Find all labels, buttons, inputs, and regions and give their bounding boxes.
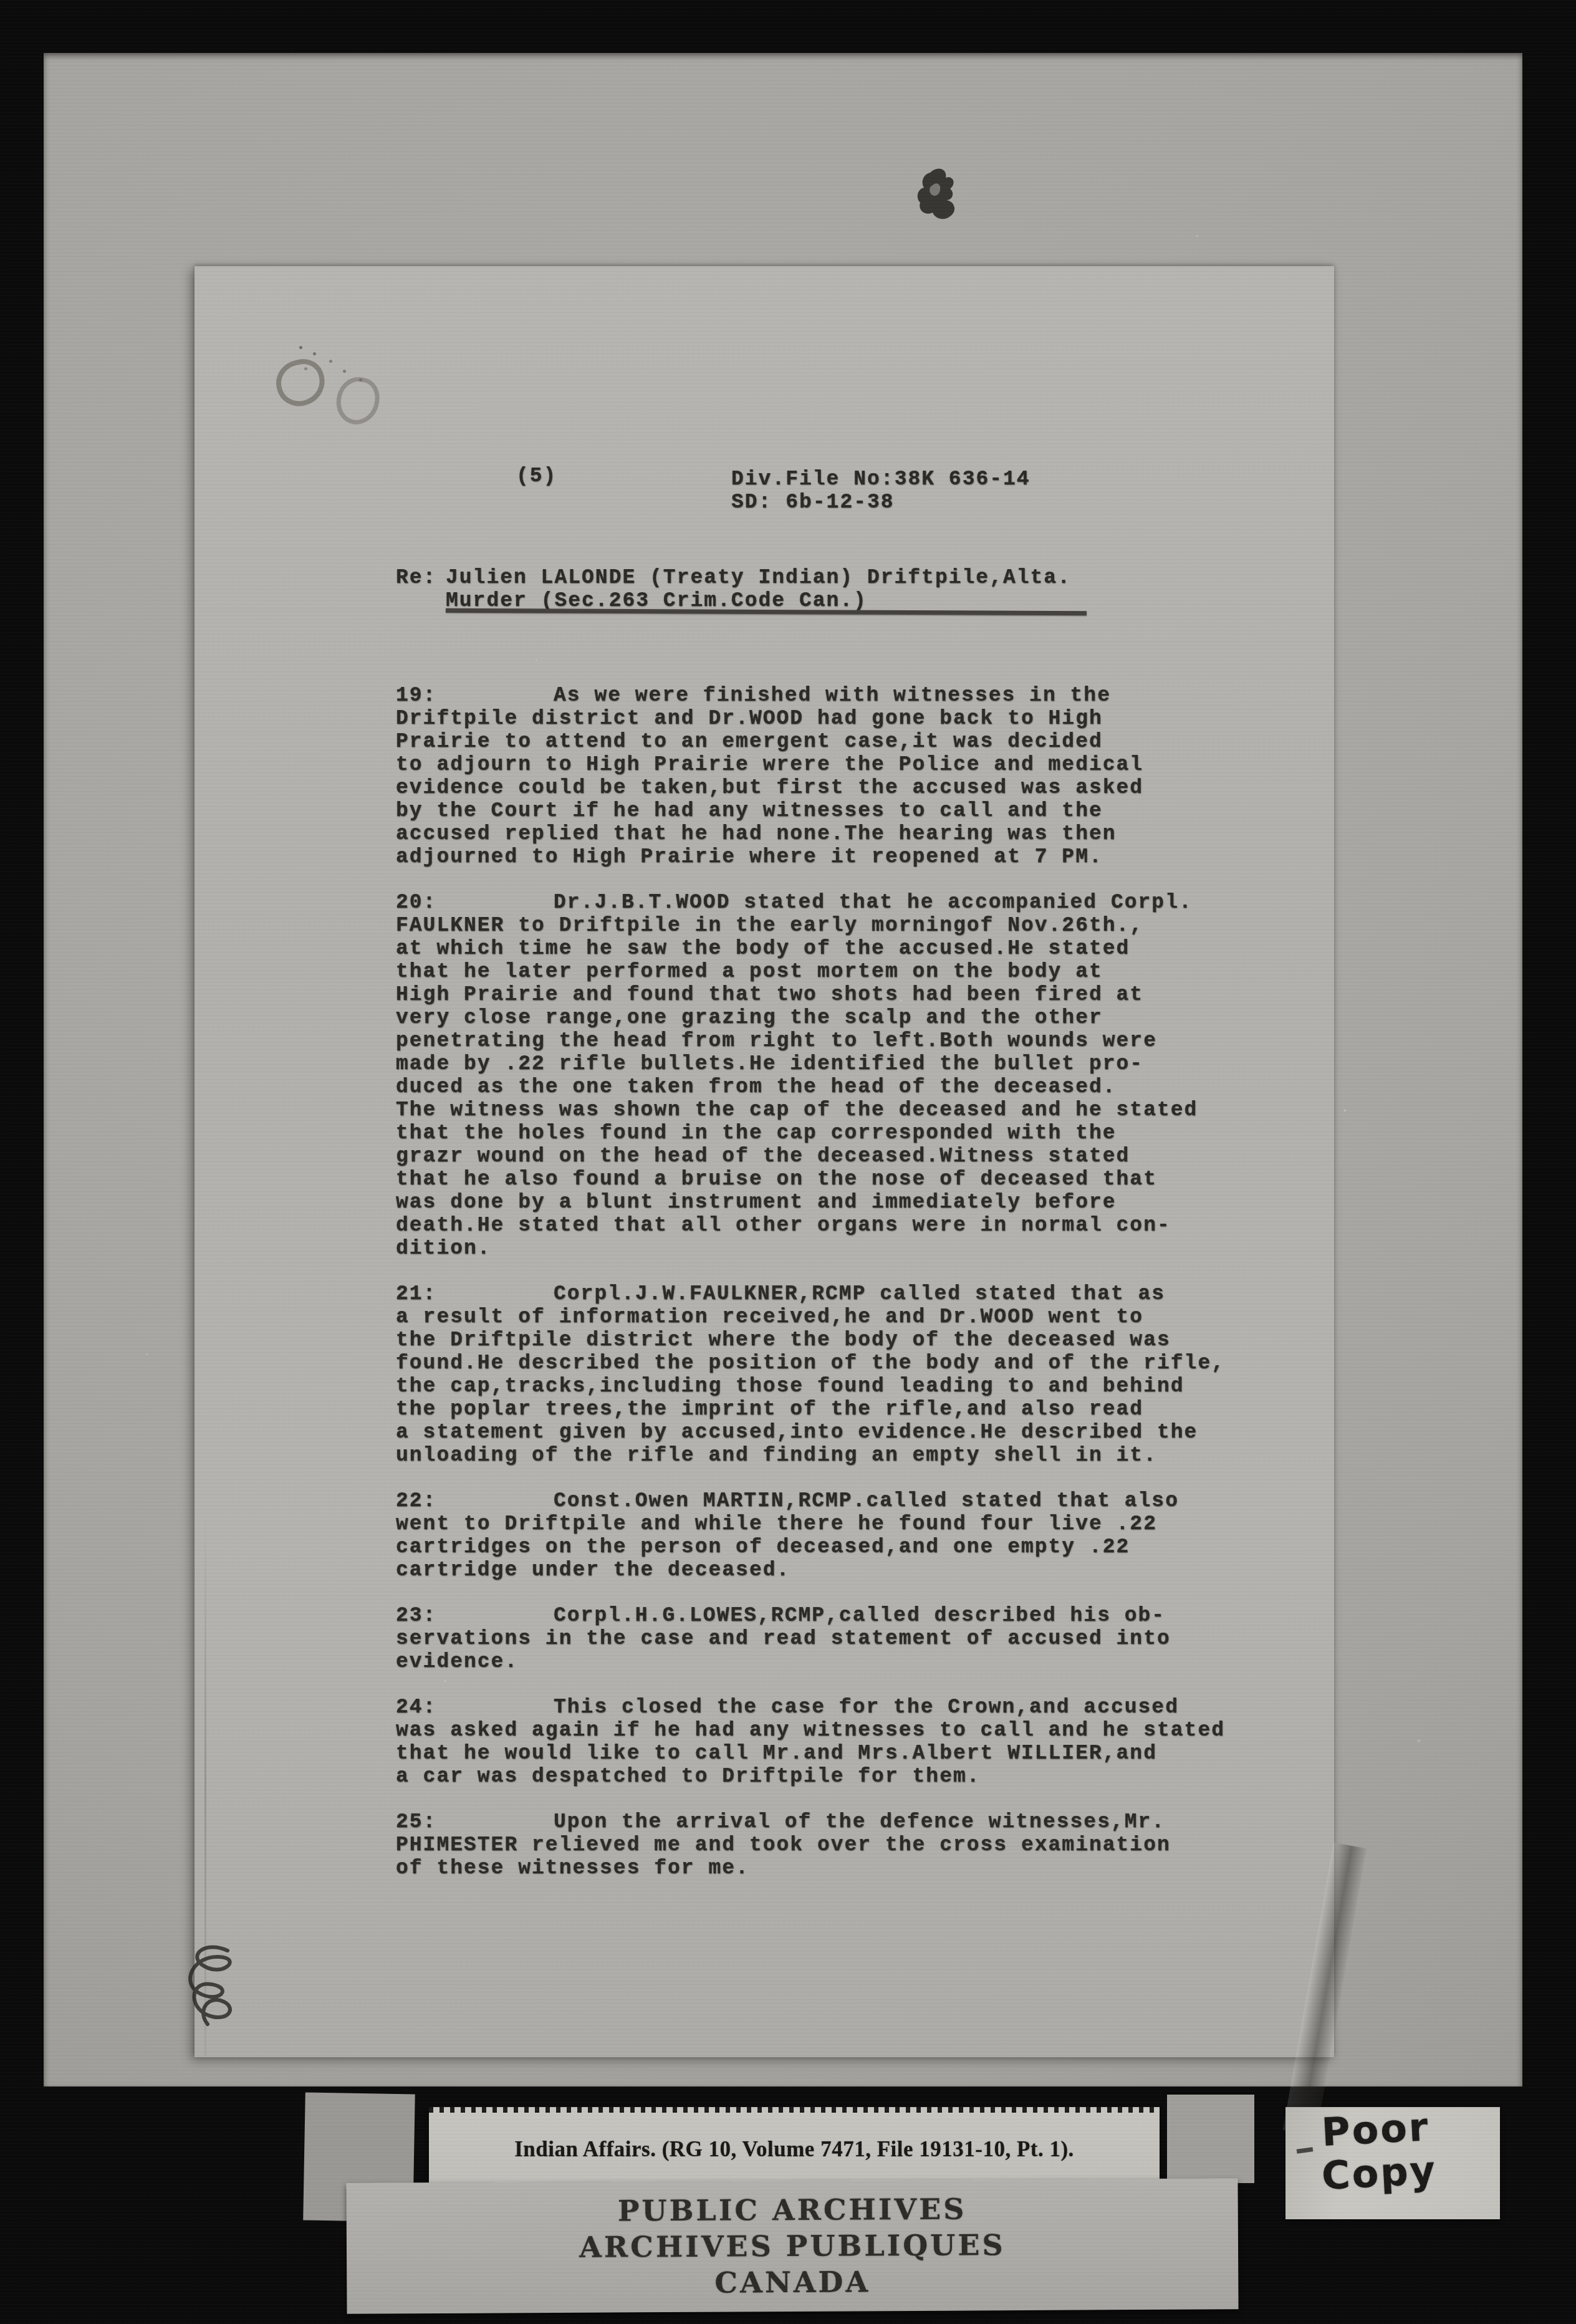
paragraph-line: PHIMESTER relieved me and took over the … <box>396 1833 1281 1856</box>
paragraph-line: Upon the arrival of the defence witnesse… <box>554 1810 1281 1833</box>
paragraph-line: made by .22 rifle bullets.He identified … <box>396 1052 1281 1075</box>
paragraph-line: grazr wound on the head of the deceased.… <box>396 1145 1281 1168</box>
subject-line-1: Julien LALONDE (Treaty Indian) Driftpile… <box>446 566 1071 589</box>
paragraph-line: the poplar trees,the imprint of the rifl… <box>396 1398 1281 1421</box>
paragraph-line: cartridges on the person of deceased,and… <box>396 1535 1281 1558</box>
report-paragraph: 21:Corpl.J.W.FAULKNER,RCMP called stated… <box>396 1282 1281 1467</box>
paragraph-line: evidence could be taken,but first the ac… <box>396 776 1281 799</box>
paragraph-line: Dr.J.B.T.WOOD stated that he accompanied… <box>554 891 1281 914</box>
re-label: Re: <box>396 566 436 589</box>
stamp-line-public-archives: PUBLIC ARCHIVES <box>618 2193 967 2227</box>
paragraph-line: penetrating the head from right to left.… <box>396 1029 1281 1052</box>
paragraph-line: Corpl.J.W.FAULKNER,RCMP called stated th… <box>554 1282 1281 1305</box>
paragraph-number: 23: <box>396 1604 436 1627</box>
paragraph-line: very close range,one grazing the scalp a… <box>396 1006 1281 1029</box>
poor-copy-note: Poor Copy <box>1285 2107 1500 2219</box>
sub-division-file-number: SD: 6b-12-38 <box>731 491 1031 514</box>
paragraph-line: High Prairie and found that two shots ha… <box>396 983 1281 1006</box>
paragraph-line: by the Court if he had any witnesses to … <box>396 799 1281 822</box>
paragraph-line: cartridge under the deceased. <box>396 1558 1281 1582</box>
paragraph-line: The witness was shown the cap of the dec… <box>396 1098 1281 1121</box>
paragraph-line: a statement given by accused,into eviden… <box>396 1421 1281 1444</box>
ring-stain <box>272 355 329 411</box>
typed-document-page: (5) Div.File No:38K 636-14 SD: 6b-12-38 … <box>195 266 1334 2057</box>
paragraph-line: a car was despatched to Driftpile for th… <box>396 1765 1281 1788</box>
paragraph-line: that the holes found in the cap correspo… <box>396 1121 1281 1145</box>
report-paragraph: 22:Const.Owen MARTIN,RCMP.called stated … <box>396 1489 1281 1582</box>
ink-blot <box>911 164 961 233</box>
paragraph-line: found.He described the position of the b… <box>396 1352 1281 1375</box>
paragraph-line: the cap,tracks,including those found lea… <box>396 1375 1281 1398</box>
paragraph-line: adjourned to High Prairie where it reope… <box>396 845 1281 868</box>
paragraph-number: 19: <box>396 684 436 707</box>
microfilm-frame: (5) Div.File No:38K 636-14 SD: 6b-12-38 … <box>0 0 1576 2324</box>
paragraph-line: servations in the case and read statemen… <box>396 1627 1281 1650</box>
paragraph-number: 25: <box>396 1810 436 1833</box>
page-number: (5) <box>516 464 557 487</box>
report-paragraph: 19:As we were finished with witnesses in… <box>396 684 1281 868</box>
paragraph-number: 20: <box>396 891 436 914</box>
paragraph-line: of these witnesses for me. <box>396 1856 1281 1880</box>
stamp-line-canada: CANADA <box>714 2265 870 2298</box>
paragraph-line: that he also found a bruise on the nose … <box>396 1168 1281 1191</box>
photographed-backing-page: (5) Div.File No:38K 636-14 SD: 6b-12-38 … <box>44 53 1522 2086</box>
paragraph-line: was done by a blunt instrument and immed… <box>396 1191 1281 1214</box>
paragraph-line: that he later performed a post mortem on… <box>396 960 1281 983</box>
paragraph-line: to adjourn to High Prairie wrere the Pol… <box>396 753 1281 776</box>
public-archives-stamp: PUBLIC ARCHIVES ARCHIVES PUBLIQUES CANAD… <box>346 2178 1238 2313</box>
ink-speck-cluster <box>299 346 302 349</box>
paragraph-line: that he would like to call Mr.and Mrs.Al… <box>396 1742 1281 1765</box>
ring-stain <box>334 375 382 428</box>
report-paragraphs: 19:As we were finished with witnesses in… <box>396 684 1281 1902</box>
paragraph-number: 24: <box>396 1696 436 1719</box>
perforation-edge <box>429 2107 1160 2113</box>
stamp-line-archives-publiques: ARCHIVES PUBLIQUES <box>579 2229 1006 2264</box>
paragraph-line: evidence. <box>396 1650 1281 1673</box>
file-reference-block: Div.File No:38K 636-14 SD: 6b-12-38 <box>731 468 1031 514</box>
paragraph-line: at which time he saw the body of the acc… <box>396 937 1281 960</box>
paragraph-line: unloading of the rifle and finding an em… <box>396 1444 1281 1467</box>
paragraph-line: went to Driftpile and while there he fou… <box>396 1512 1281 1535</box>
report-paragraph: 24:This closed the case for the Crown,an… <box>396 1696 1281 1788</box>
report-paragraph: 20:Dr.J.B.T.WOOD stated that he accompan… <box>396 891 1281 1260</box>
paragraph-line: accused replied that he had none.The hea… <box>396 822 1281 845</box>
paragraph-line: Const.Owen MARTIN,RCMP.called stated tha… <box>554 1489 1281 1512</box>
paragraph-line: a result of information received,he and … <box>396 1305 1281 1328</box>
paragraph-line: death.He stated that all other organs we… <box>396 1214 1281 1237</box>
paragraph-line: This closed the case for the Crown,and a… <box>554 1696 1281 1719</box>
paragraph-line: Driftpile district and Dr.WOOD had gone … <box>396 707 1281 730</box>
paragraph-number: 22: <box>396 1489 436 1512</box>
paper-fragment-right <box>1167 2095 1254 2183</box>
pen-scribble <box>171 1937 252 2037</box>
division-file-number: Div.File No:38K 636-14 <box>731 468 1031 491</box>
paragraph-line: Prairie to attend to an emergent case,it… <box>396 730 1281 753</box>
paragraph-number: 21: <box>396 1282 436 1305</box>
paragraph-line: dition. <box>396 1237 1281 1260</box>
archive-reference: Indian Affairs. (RG 10, Volume 7471, Fil… <box>429 2137 1160 2162</box>
paragraph-line: was asked again if he had any witnesses … <box>396 1719 1281 1742</box>
report-paragraph: 25:Upon the arrival of the defence witne… <box>396 1810 1281 1880</box>
paragraph-line: duced as the one taken from the head of … <box>396 1075 1281 1098</box>
report-paragraph: 23:Corpl.H.G.LOWES,RCMP,called described… <box>396 1604 1281 1673</box>
paragraph-line: As we were finished with witnesses in th… <box>554 684 1281 707</box>
paragraph-line: FAULKNER to Driftpile in the early morni… <box>396 914 1281 937</box>
paragraph-line: Corpl.H.G.LOWES,RCMP,called described hi… <box>554 1604 1281 1627</box>
paragraph-line: the Driftpile district where the body of… <box>396 1328 1281 1352</box>
